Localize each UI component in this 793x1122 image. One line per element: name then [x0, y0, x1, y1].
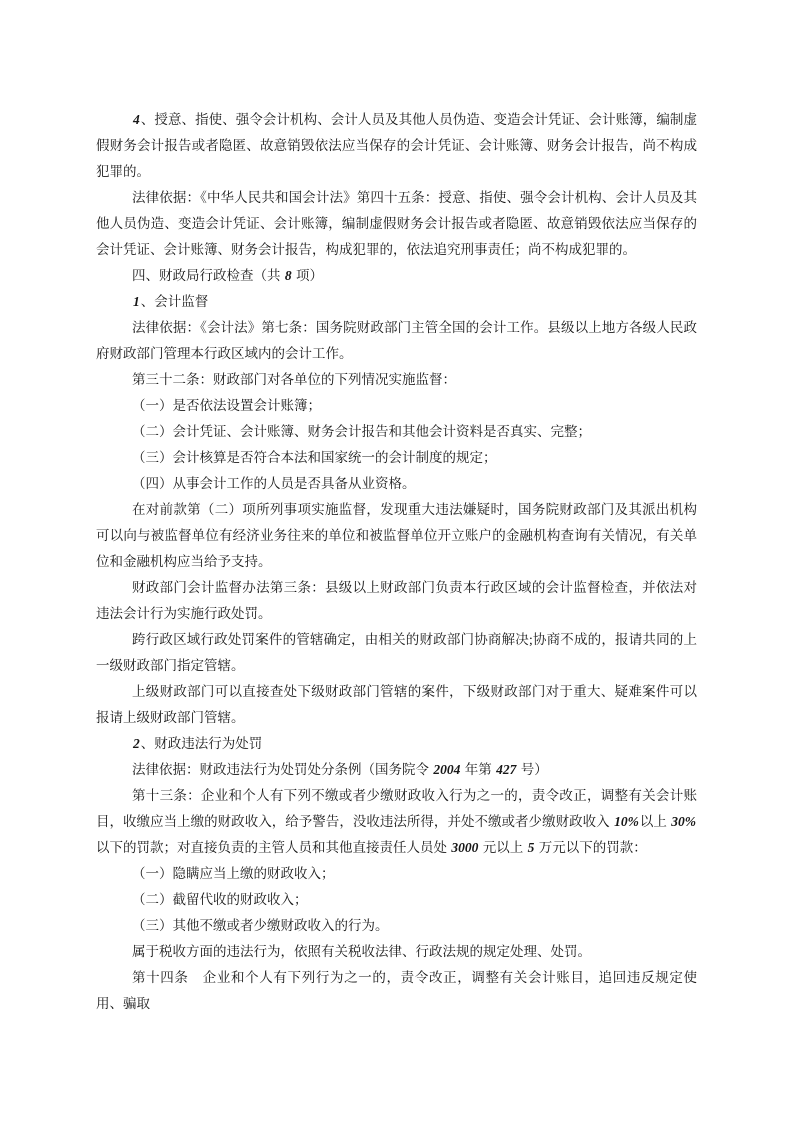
paragraph: （三）其他不缴或者少缴财政收入的行为。 — [96, 913, 697, 939]
paragraph: （三）会计核算是否符合本法和国家统一的会计制度的规定； — [96, 445, 697, 471]
numeral: 4 — [132, 112, 141, 127]
paragraph: 第十三条：企业和个人有下列不缴或者少缴财政收入行为之一的，责令改正，调整有关会计… — [96, 783, 697, 861]
numeral: 3000 — [450, 840, 479, 855]
paragraph: （二）截留代收的财政收入； — [96, 887, 697, 913]
numeral: 1 — [132, 294, 141, 309]
paragraph: 跨行政区域行政处罚案件的管辖确定，由相关的财政部门协商解决;协商不成的，报请共同… — [96, 627, 697, 679]
numeral: 2 — [132, 736, 141, 751]
numeral: 10% — [613, 814, 640, 829]
document-page: 4、授意、指使、强令会计机构、会计人员及其他人员伪造、变造会计凭证、会计账簿，编… — [0, 0, 793, 1122]
paragraph: 四、财政局行政检查（共 8 项） — [96, 263, 697, 289]
paragraph: 法律依据：《会计法》第七条：国务院财政部门主管全国的会计工作。县级以上地方各级人… — [96, 315, 697, 367]
paragraph: （一）隐瞒应当上缴的财政收入； — [96, 861, 697, 887]
paragraph: 1、会计监督 — [96, 289, 697, 315]
paragraph: （二）会计凭证、会计账簿、财务会计报告和其他会计资料是否真实、完整； — [96, 419, 697, 445]
numeral: 8 — [284, 268, 293, 283]
paragraph: 财政部门会计监督办法第三条：县级以上财政部门负责本行政区域的会计监督检查，并依法… — [96, 575, 697, 627]
paragraph: 上级财政部门可以直接查处下级财政部门管辖的案件，下级财政部门对于重大、疑难案件可… — [96, 679, 697, 731]
paragraph: 属于税收方面的违法行为，依照有关税收法律、行政法规的规定处理、处罚。 — [96, 939, 697, 965]
numeral: 30% — [670, 814, 697, 829]
paragraph: 法律依据：财政违法行为处罚处分条例（国务院令 2004 年第 427 号） — [96, 757, 697, 783]
numeral: 2004 — [432, 762, 461, 777]
paragraph: 法律依据：《中华人民共和国会计法》第四十五条：授意、指使、强令会计机构、会计人员… — [96, 185, 697, 263]
document-content: 4、授意、指使、强令会计机构、会计人员及其他人员伪造、变造会计凭证、会计账簿，编… — [96, 107, 697, 1017]
numeral: 5 — [527, 840, 536, 855]
numeral: 427 — [495, 762, 517, 777]
paragraph: 第十四条 企业和个人有下列行为之一的，责令改正，调整有关会计账目，追回违反规定使… — [96, 965, 697, 1017]
paragraph: 第三十二条：财政部门对各单位的下列情况实施监督： — [96, 367, 697, 393]
paragraph: 在对前款第（二）项所列事项实施监督，发现重大违法嫌疑时，国务院财政部门及其派出机… — [96, 497, 697, 575]
paragraph: （一）是否依法设置会计账簿； — [96, 393, 697, 419]
paragraph: （四）从事会计工作的人员是否具备从业资格。 — [96, 471, 697, 497]
paragraph: 2、财政违法行为处罚 — [96, 731, 697, 757]
paragraph: 4、授意、指使、强令会计机构、会计人员及其他人员伪造、变造会计凭证、会计账簿，编… — [96, 107, 697, 185]
